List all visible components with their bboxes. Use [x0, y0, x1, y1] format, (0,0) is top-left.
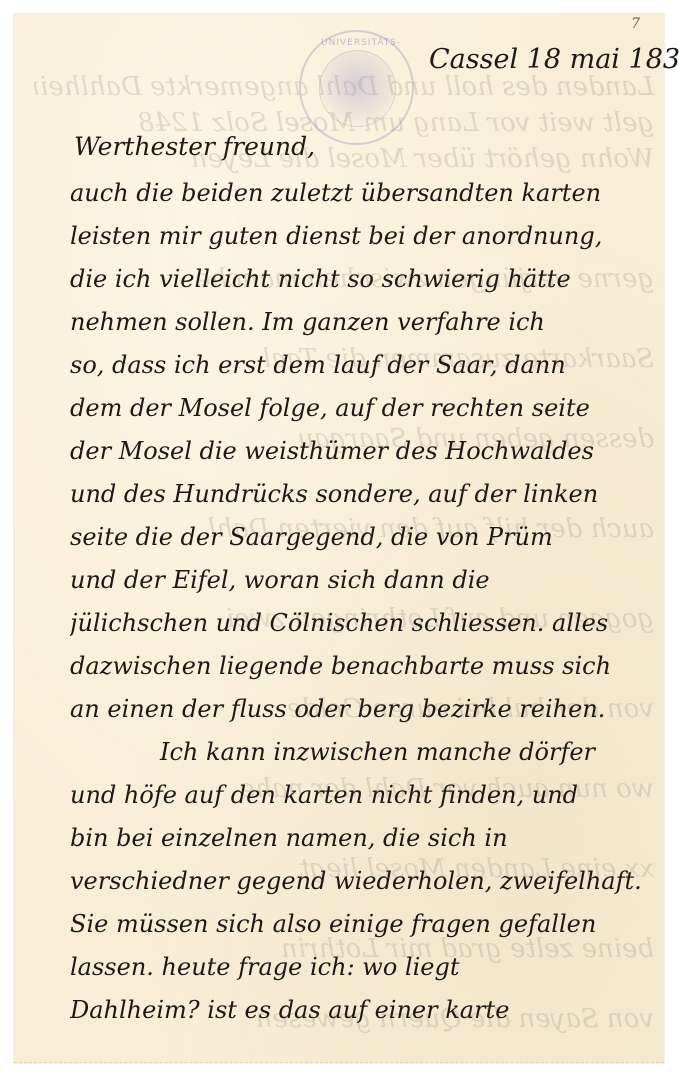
- text-line: der Mosel die weisthümer des Hochwaldes: [70, 430, 655, 473]
- library-stamp: UNIVERSITÄTS-: [299, 30, 414, 145]
- text-line: und des Hundrücks sondere, auf der linke…: [70, 473, 655, 516]
- text-line: so, dass ich erst dem lauf der Saar, dan…: [70, 344, 655, 387]
- text-line: verschiedner gegend wiederholen, zweifel…: [70, 860, 655, 903]
- text-line: seite die der Saargegend, die von Prüm: [70, 516, 655, 559]
- dateline: Cassel 18 mai 1839: [429, 44, 679, 75]
- text-line: dem der Mosel folge, auf der rechten sei…: [70, 387, 655, 430]
- text-line: leisten mir guten dienst bei der anordnu…: [70, 215, 655, 258]
- text-line: Sie müssen sich also einige fragen gefal…: [70, 903, 655, 946]
- letter-body: auch die beiden zuletzt übersandten kart…: [70, 172, 655, 1032]
- eagle-emblem-icon: [319, 50, 396, 127]
- text-line: Dahlheim? ist es das auf einer karte: [70, 989, 655, 1032]
- text-line: auch die beiden zuletzt übersandten kart…: [70, 172, 655, 215]
- text-line: dazwischen liegende benachbarte muss sic…: [70, 645, 655, 688]
- text-line: bin bei einzelnen namen, die sich in: [70, 817, 655, 860]
- folio-number: 7: [631, 16, 640, 32]
- text-line: jülichschen und Cölnischen schliessen. a…: [70, 602, 655, 645]
- letter-page: Landen des holl und Dahl angemerkte Dahl…: [14, 14, 664, 1063]
- text-line: lassen. heute frage ich: wo liegt: [70, 946, 655, 989]
- salutation: Werthester freund,: [74, 132, 315, 161]
- text-line: und der Eifel, woran sich dann die: [70, 559, 655, 602]
- text-line: an einen der fluss oder berg bezirke rei…: [70, 688, 655, 731]
- text-line: nehmen sollen. Im ganzen verfahre ich: [70, 301, 655, 344]
- text-line: die ich vielleicht nicht so schwierig hä…: [70, 258, 655, 301]
- stamp-text: UNIVERSITÄTS-: [321, 38, 401, 48]
- text-line-paragraph-start: Ich kann inzwischen manche dörfer: [70, 731, 655, 774]
- text-line: und höfe auf den karten nicht finden, un…: [70, 774, 655, 817]
